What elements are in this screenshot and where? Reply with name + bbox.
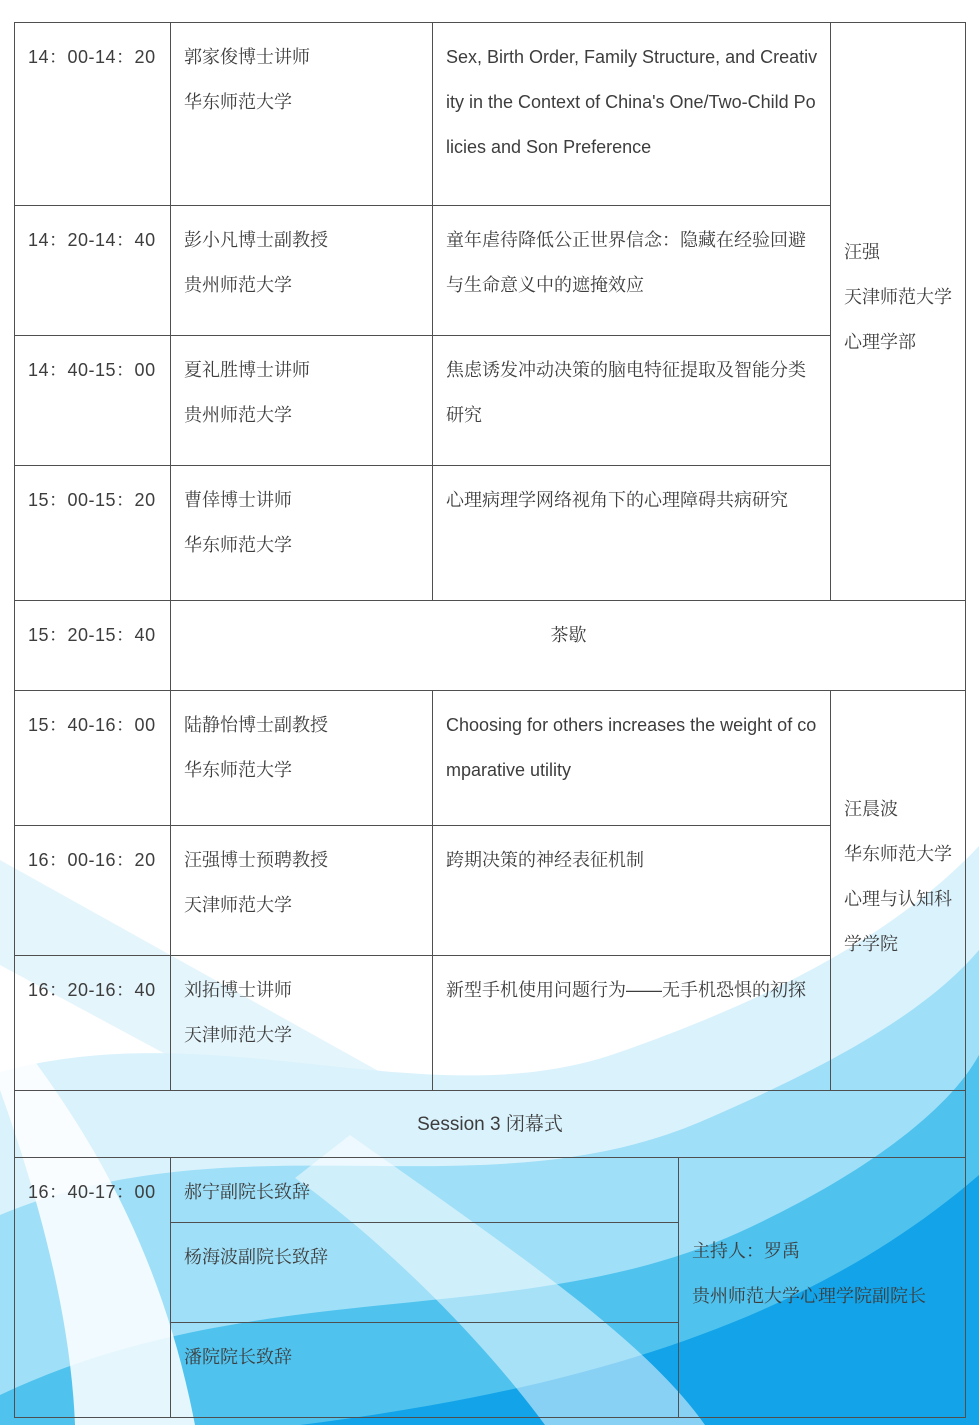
speech-item-cell: 潘院院长致辞 <box>171 1323 679 1418</box>
session-header-cell: Session 3 闭幕式 <box>15 1091 966 1158</box>
chair-affiliation: 天津师范大学 <box>844 275 957 320</box>
time-cell: 16：20-16：40 <box>15 956 171 1091</box>
speaker-cell: 郭家俊博士讲师 华东师范大学 <box>171 23 433 206</box>
speaker-affiliation: 贵州师范大学 <box>184 393 420 438</box>
speaker-cell: 彭小凡博士副教授 贵州师范大学 <box>171 206 433 336</box>
host-cell: 主持人：罗禹 贵州师范大学心理学院副院长 <box>679 1158 966 1418</box>
speaker-affiliation: 华东师范大学 <box>184 748 420 793</box>
speaker-cell: 陆静怡博士副教授 华东师范大学 <box>171 691 433 826</box>
talk-title-cell: Sex, Birth Order, Family Structure, and … <box>433 23 831 206</box>
speaker-affiliation: 华东师范大学 <box>184 80 420 125</box>
chair-name: 汪晨波 <box>844 787 957 832</box>
chair-cell: 汪强 天津师范大学 心理学部 <box>831 23 966 601</box>
schedule-table: 14：00-14：20 郭家俊博士讲师 华东师范大学 Sex, Birth Or… <box>14 22 966 1418</box>
speaker-affiliation: 华东师范大学 <box>184 523 420 568</box>
speaker-affiliation: 贵州师范大学 <box>184 263 420 308</box>
chair-cell: 汪晨波 华东师范大学 心理与认知科学学院 <box>831 691 966 1091</box>
talk-title-cell: Choosing for others increases the weight… <box>433 691 831 826</box>
time-cell: 15：40-16：00 <box>15 691 171 826</box>
speaker-name: 刘拓博士讲师 <box>184 968 420 1013</box>
speaker-name: 郭家俊博士讲师 <box>184 35 420 80</box>
speech-item-cell: 杨海波副院长致辞 <box>171 1223 679 1323</box>
host-name-line: 主持人：罗禹 <box>692 1229 957 1274</box>
speaker-name: 汪强博士预聘教授 <box>184 838 420 883</box>
talk-title-cell: 焦虑诱发冲动决策的脑电特征提取及智能分类研究 <box>433 336 831 466</box>
time-cell: 15：00-15：20 <box>15 466 171 601</box>
time-cell: 14：00-14：20 <box>15 23 171 206</box>
speaker-affiliation: 天津师范大学 <box>184 1013 420 1058</box>
speaker-cell: 曹倖博士讲师 华东师范大学 <box>171 466 433 601</box>
speaker-cell: 刘拓博士讲师 天津师范大学 <box>171 956 433 1091</box>
speaker-cell: 汪强博士预聘教授 天津师范大学 <box>171 826 433 956</box>
chair-department: 心理学部 <box>844 320 957 365</box>
chair-affiliation: 华东师范大学 <box>844 832 957 877</box>
talk-title-cell: 童年虐待降低公正世界信念：隐藏在经验回避与生命意义中的遮掩效应 <box>433 206 831 336</box>
speaker-affiliation: 天津师范大学 <box>184 883 420 928</box>
break-cell: 茶歇 <box>171 601 966 691</box>
speaker-cell: 夏礼胜博士讲师 贵州师范大学 <box>171 336 433 466</box>
talk-title-cell: 心理病理学网络视角下的心理障碍共病研究 <box>433 466 831 601</box>
host-title-line: 贵州师范大学心理学院副院长 <box>692 1274 957 1319</box>
time-cell: 14：20-14：40 <box>15 206 171 336</box>
chair-name: 汪强 <box>844 230 957 275</box>
chair-department: 心理与认知科学学院 <box>844 877 957 967</box>
time-cell: 16：00-16：20 <box>15 826 171 956</box>
time-cell: 15：20-15：40 <box>15 601 171 691</box>
speech-item-cell: 郝宁副院长致辞 <box>171 1158 679 1223</box>
talk-title-cell: 新型手机使用问题行为——无手机恐惧的初探 <box>433 956 831 1091</box>
time-cell: 16：40-17：00 <box>15 1158 171 1418</box>
speaker-name: 陆静怡博士副教授 <box>184 703 420 748</box>
speaker-name: 夏礼胜博士讲师 <box>184 348 420 393</box>
time-cell: 14：40-15：00 <box>15 336 171 466</box>
speaker-name: 曹倖博士讲师 <box>184 478 420 523</box>
talk-title-cell: 跨期决策的神经表征机制 <box>433 826 831 956</box>
speaker-name: 彭小凡博士副教授 <box>184 218 420 263</box>
